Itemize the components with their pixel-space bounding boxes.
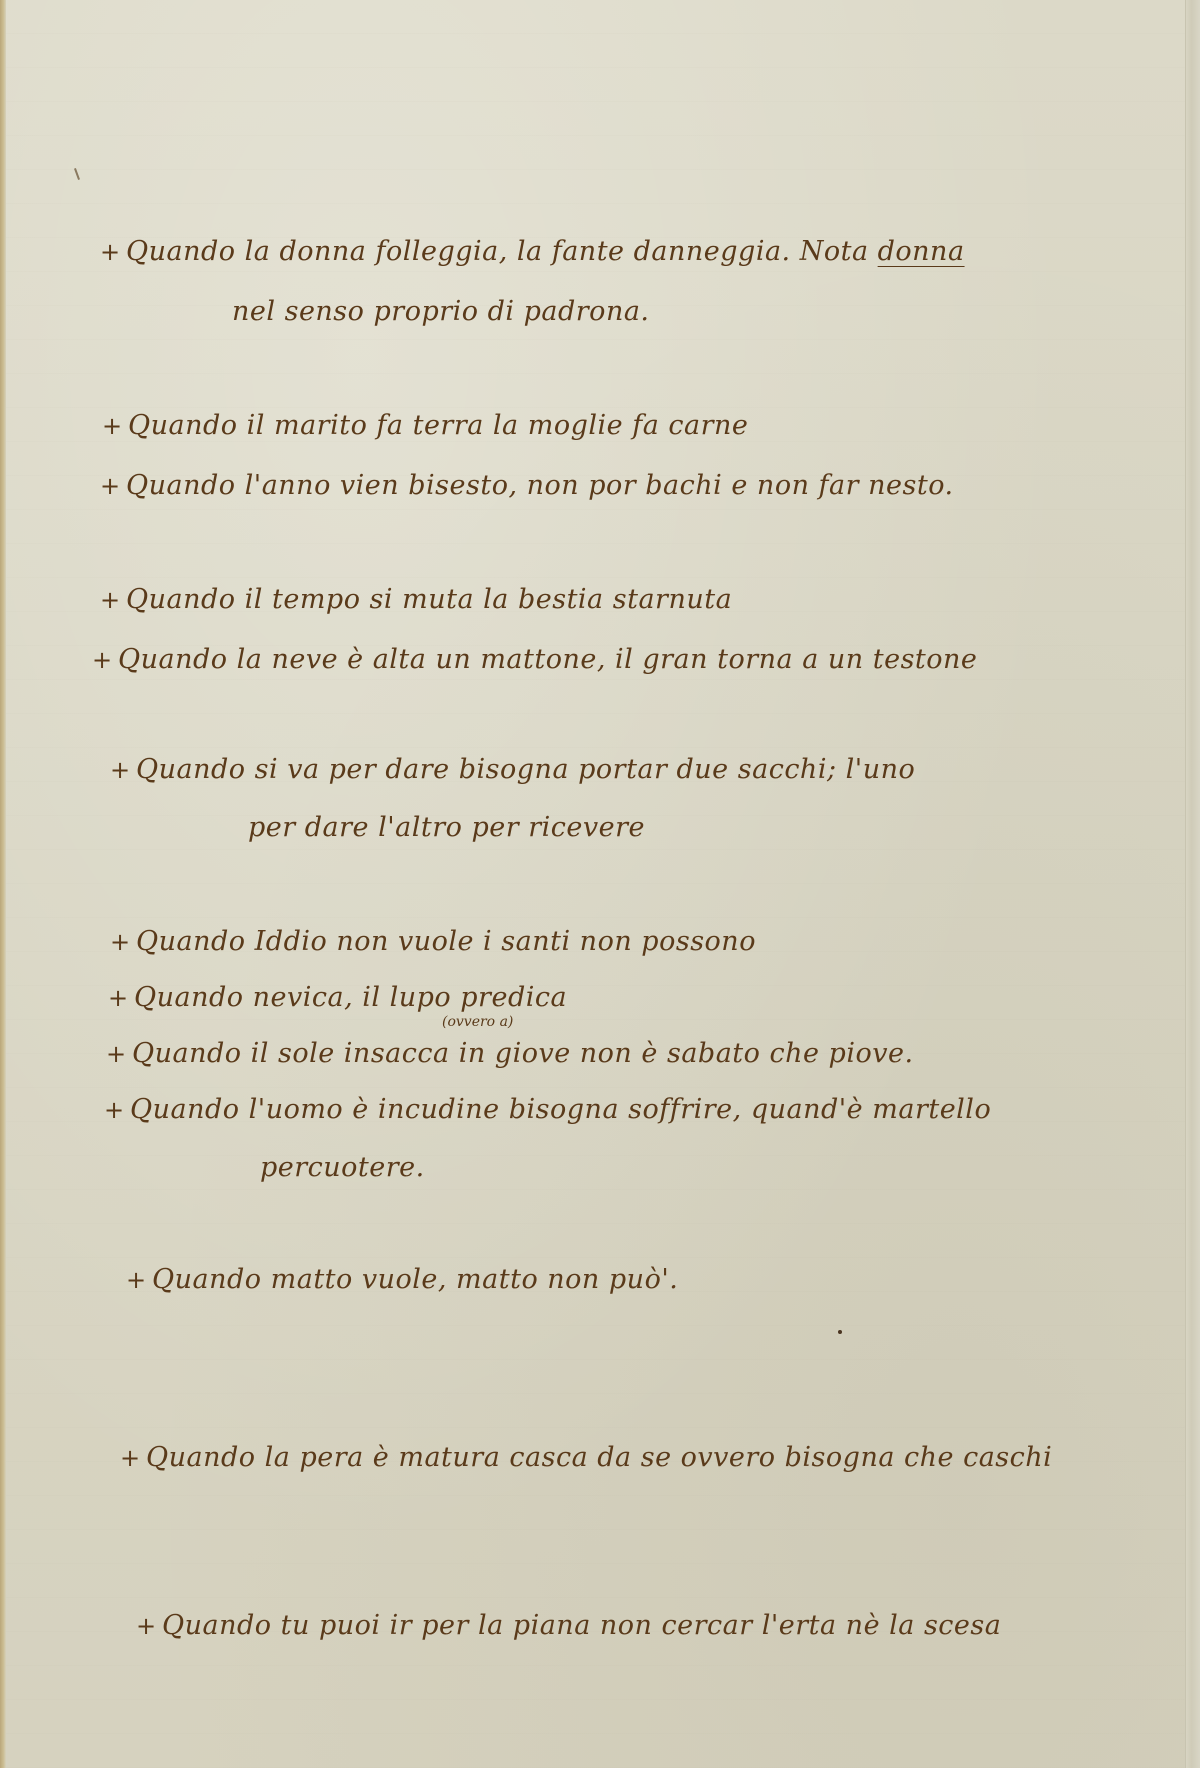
proverb-continuation-1: nel senso proprio di padrona. (232, 298, 650, 325)
proverb-entry-3: +Quando l'anno vien bisesto, non por bac… (100, 472, 954, 499)
proverb-text: Quando la donna folleggia, la fante dann… (126, 236, 878, 267)
proverb-text: Quando matto vuole, matto non può'. (152, 1264, 678, 1295)
cross-marker-icon: + (100, 588, 122, 612)
page-right-edge (1185, 0, 1200, 1768)
cross-marker-icon: + (92, 648, 114, 672)
cross-marker-icon: + (120, 1446, 142, 1470)
proverb-entry-4: +Quando il tempo si muta la bestia starn… (100, 586, 732, 613)
cross-marker-icon: + (136, 1614, 158, 1638)
cross-marker-icon: + (102, 414, 124, 438)
cross-marker-icon: + (100, 240, 122, 264)
proverb-text: Quando la pera è matura casca da se ovve… (146, 1442, 1052, 1473)
proverb-text: Quando il tempo si muta la bestia starnu… (126, 584, 732, 615)
proverb-text: Quando tu puoi ir per la piana non cerca… (162, 1610, 1001, 1641)
proverb-entry-1: +Quando la donna folleggia, la fante dan… (100, 238, 965, 265)
proverb-continuation-6: per dare l'altro per ricevere (248, 814, 645, 841)
proverb-text: Quando Iddio non vuole i santi non posso… (136, 926, 756, 957)
proverb-text: Quando il sole insacca in giove non è sa… (132, 1038, 914, 1069)
cross-marker-icon: + (106, 1042, 128, 1066)
proverb-text: Quando la neve è alta un mattone, il gra… (118, 644, 977, 675)
cross-marker-icon: + (108, 986, 130, 1010)
cross-marker-icon: + (110, 758, 132, 782)
proverb-entry-12: +Quando la pera è matura casca da se ovv… (120, 1444, 1052, 1471)
page-left-edge (0, 0, 6, 1768)
proverb-entry-13: +Quando tu puoi ir per la piana non cerc… (136, 1612, 1001, 1639)
manuscript-page: +Quando la donna folleggia, la fante dan… (0, 0, 1200, 1768)
proverb-entry-9: +Quando il sole insacca in giove non è s… (106, 1040, 914, 1067)
proverb-text: Quando l'anno vien bisesto, non por bach… (126, 470, 954, 501)
proverb-entry-5: +Quando la neve è alta un mattone, il gr… (92, 646, 977, 673)
proverb-entry-6: +Quando si va per dare bisogna portar du… (110, 756, 915, 783)
interlinear-note: (ovvero a) (442, 1014, 513, 1030)
proverb-text: Quando si va per dare bisogna portar due… (136, 754, 915, 785)
proverb-entry-11: +Quando matto vuole, matto non può'. (126, 1266, 678, 1293)
cross-marker-icon: + (100, 474, 122, 498)
proverb-entry-2: +Quando il marito fa terra la moglie fa … (102, 412, 748, 439)
proverb-entry-7: +Quando Iddio non vuole i santi non poss… (110, 928, 756, 955)
underlined-word: donna (878, 236, 965, 267)
cross-marker-icon: + (110, 930, 132, 954)
proverb-entry-10: +Quando l'uomo è incudine bisogna soffri… (104, 1096, 991, 1123)
proverb-text: Quando il marito fa terra la moglie fa c… (128, 410, 748, 441)
proverb-continuation-10: percuotere. (260, 1154, 425, 1181)
proverb-entry-8: +Quando nevica, il lupo predica (108, 984, 567, 1011)
proverb-text: Quando nevica, il lupo predica (134, 982, 567, 1013)
cross-marker-icon: + (104, 1098, 126, 1122)
proverb-text: Quando l'uomo è incudine bisogna soffrir… (130, 1094, 991, 1125)
ink-speck (838, 1330, 842, 1334)
cross-marker-icon: + (126, 1268, 148, 1292)
